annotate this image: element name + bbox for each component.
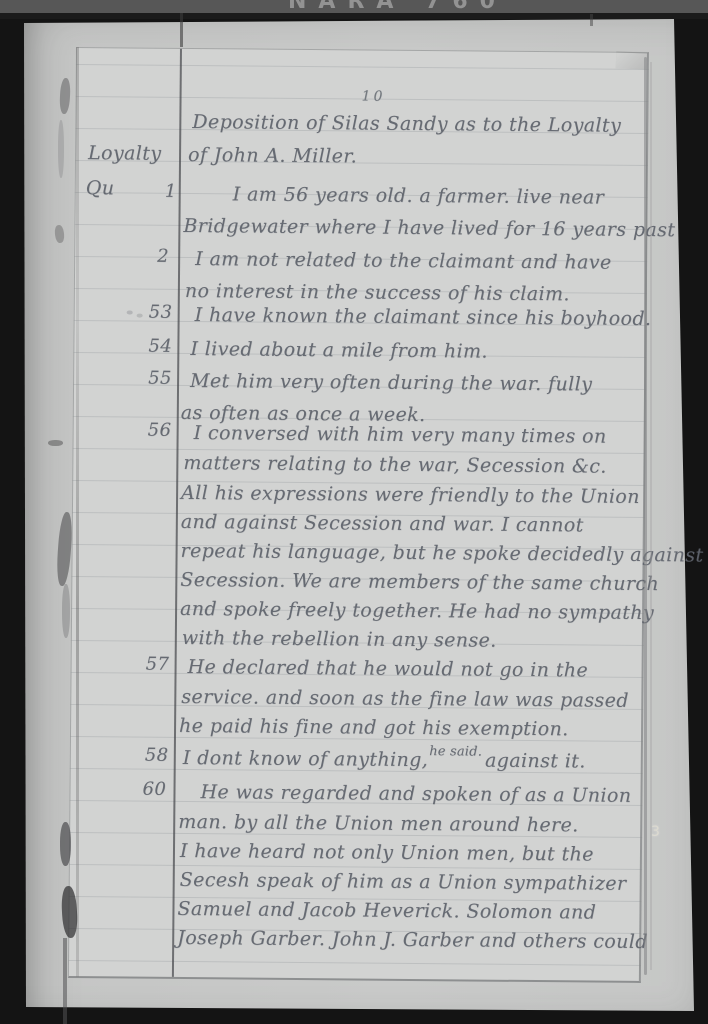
microfilm-label: NARA 760 [288,0,507,14]
page-number: 10 [361,84,385,108]
binding-smudge [63,938,67,1024]
deposition-text-line: Secession. We are members of the same ch… [180,568,659,596]
scratch-mark [180,13,183,47]
question-number: 1 [165,180,177,204]
deposition-text-line: with the rebellion in any sense. [182,626,497,653]
ink-smudge [127,310,133,314]
deposition-text-line: He declared that he would not go in the [187,655,588,682]
margin-note-line: Loyalty [88,141,162,166]
deposition-text-line: Joseph Garber. John J. Garber and others… [177,926,648,954]
deposition-text-line: repeat his language, but he spoke decide… [181,539,704,568]
document-page: 10 Deposition of Silas Sandy as to the L… [68,47,649,983]
ink-smudge [137,314,143,318]
edge-mark: 3 [651,824,660,840]
binding-smudge [48,440,63,446]
deposition-text-line: I have heard not only Union men, but the [180,839,594,867]
question-number: 2 [157,245,169,269]
deposition-text-line: All his expressions were friendly to the… [181,481,640,509]
margin-note-line: Qu [86,176,115,200]
question-number: 58 [145,744,169,768]
deposition-text-line: matters relating to the war, Secession &… [183,451,607,479]
deposition-text-line: Met him very often during the war. fully [190,369,592,397]
question-number: 57 [146,653,170,677]
deposition-text-line: I dont know of anything,he said.against … [183,746,586,777]
deposition-text-line: I am not related to the claimant and hav… [195,247,612,275]
question-number: 60 [142,778,166,802]
deposition-text-line: he paid his fine and got his exemption. [179,714,569,741]
photo-stage: NARA 760 10 Deposition of Silas Sandy as… [0,0,708,1024]
question-number: 54 [148,335,172,359]
scratch-mark [590,14,593,26]
deposition-text-line: and spoke freely together. He had no sym… [180,597,654,625]
torn-page-edge [76,47,79,977]
deposition-title-line: of John A. Miller. [188,143,357,168]
page-corner-fold [616,51,649,69]
deposition-text-line: no interest in the success of his claim. [185,279,570,306]
deposition-text-line: I have known the claimant since his boyh… [195,303,652,331]
deposition-text-line: Bridgewater where I have lived for 16 ye… [183,214,675,242]
deposition-text-line: service. and soon as the fine law was pa… [181,685,629,713]
page-right-edge [644,57,647,975]
inserted-text: he said. [429,744,482,759]
deposition-text-line: man. by all the Union men around here. [178,810,579,837]
deposition-text-line: He was regarded and spoken of as a Union [200,780,631,808]
question-number: 55 [148,367,172,391]
microfilm-banner: NARA 760 [0,0,708,19]
deposition-text-segment: against it. [485,750,586,773]
deposition-text-line: and against Secession and war. I cannot [181,510,584,538]
deposition-text-line: Secesh speak of him as a Union sympathiz… [180,868,627,896]
deposition-text-line: Samuel and Jacob Heverick. Solomon and [177,897,596,925]
deposition-text-line: I conversed with him very many times on [194,421,607,449]
binding-smudge [58,120,64,178]
deposition-text-segment: I dont know of anything, [183,747,429,771]
deposition-title-line: Deposition of Silas Sandy as to the Loya… [192,110,621,138]
binding-smudge [62,584,70,638]
binding-smudge [60,822,71,866]
question-number: 53 [149,301,173,325]
deposition-text-line: I am 56 years old. a farmer. live near [233,182,605,209]
question-number: 56 [148,419,172,443]
deposition-text-line: I lived about a mile from him. [190,337,488,364]
